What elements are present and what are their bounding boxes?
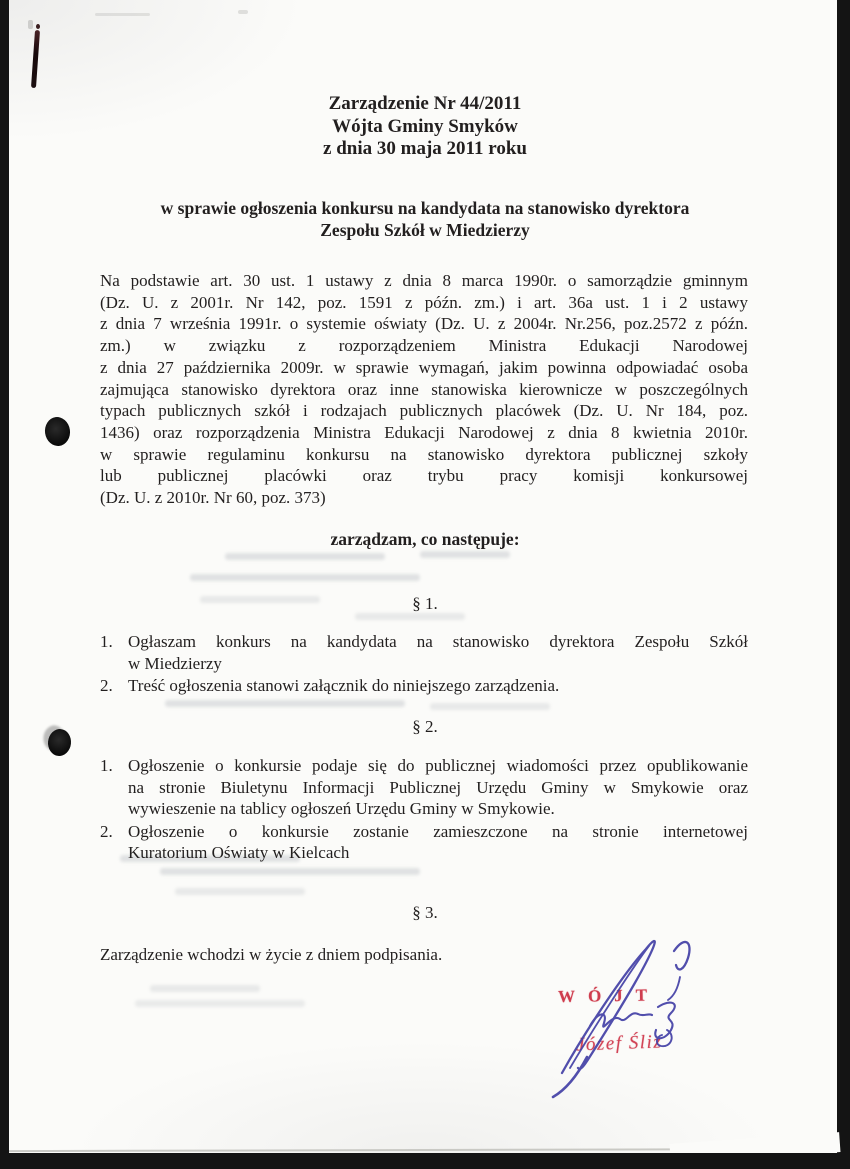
scan-shading bbox=[9, 0, 837, 1153]
decree-phrase: zarządzam, co następuje: bbox=[0, 529, 850, 550]
bleed-through-mark bbox=[135, 1000, 305, 1007]
list-item-line: Kuratorium Oświaty w Kielcach bbox=[128, 842, 748, 864]
subject-line-2: Zespołu Szkół w Miedzierzy bbox=[0, 219, 850, 241]
preamble-line: Na podstawie art. 30 ust. 1 ustawy z dni… bbox=[100, 270, 748, 292]
document-page: Zarządzenie Nr 44/2011 Wójta Gminy Smykó… bbox=[0, 0, 850, 1169]
preamble-line: lub publicznej placówki oraz trybu pracy… bbox=[100, 465, 748, 487]
bleed-through-mark bbox=[430, 703, 550, 710]
list-item-number: 1. bbox=[100, 631, 128, 674]
bleed-through-mark bbox=[165, 700, 405, 707]
section-2-list: 1. Ogłoszenie o konkursie podaje się do … bbox=[100, 755, 748, 865]
title-line-2: Wójta Gminy Smyków bbox=[0, 116, 850, 139]
preamble-line: zajmująca stanowisko dyrektora oraz inne… bbox=[100, 379, 748, 401]
mayor-stamp-title: WÓJT bbox=[558, 985, 688, 1007]
list-item-number: 2. bbox=[100, 675, 128, 697]
list-item-line: Ogłoszenie o konkursie podaje się do pub… bbox=[128, 755, 748, 777]
closing-line: Zarządzenie wchodzi w życie z dniem podp… bbox=[100, 945, 748, 965]
mayor-stamp-name: Józef Śliz bbox=[576, 1030, 717, 1057]
preamble-line: w sprawie regulaminu konkursu na stanowi… bbox=[100, 444, 748, 466]
list-item-line: Ogłoszenie o konkursie zostanie zamieszc… bbox=[128, 821, 748, 843]
scan-speck bbox=[28, 20, 33, 29]
bleed-through-mark bbox=[190, 574, 420, 581]
preamble-line: z dnia 27 października 2009r. w sprawie … bbox=[100, 357, 748, 379]
preamble-line: zm.) w związku z rozporządzeniem Ministr… bbox=[100, 335, 748, 357]
preamble-line: (Dz. U. z 2010r. Nr 60, poz. 373) bbox=[100, 487, 748, 509]
bleed-through-mark bbox=[420, 551, 510, 558]
pen-mark bbox=[31, 30, 40, 88]
section-heading-1: § 1. bbox=[0, 594, 850, 614]
document-subject: w sprawie ogłoszenia konkursu na kandyda… bbox=[0, 197, 850, 241]
scan-edge-bottom bbox=[0, 1153, 850, 1169]
bleed-through-mark bbox=[355, 613, 465, 620]
pen-mark-dot bbox=[36, 24, 40, 29]
title-line-3: z dnia 30 maja 2011 roku bbox=[0, 138, 850, 161]
section-heading-3: § 3. bbox=[0, 903, 850, 923]
scan-speck bbox=[95, 13, 150, 16]
list-item: 1. Ogłoszenie o konkursie podaje się do … bbox=[100, 755, 748, 820]
list-item-number: 2. bbox=[100, 821, 128, 864]
list-item: 2. Treść ogłoszenia stanowi załącznik do… bbox=[100, 675, 748, 697]
list-item: 2. Ogłoszenie o konkursie zostanie zamie… bbox=[100, 821, 748, 864]
legal-preamble: Na podstawie art. 30 ust. 1 ustawy z dni… bbox=[100, 270, 748, 509]
list-item-line: Treść ogłoszenia stanowi załącznik do ni… bbox=[128, 675, 748, 697]
preamble-line: typach publicznych szkół i rodzajach pub… bbox=[100, 400, 748, 422]
preamble-line: (Dz. U. z 2001r. Nr 142, poz. 1591 z póź… bbox=[100, 292, 748, 314]
scan-edge-left bbox=[0, 0, 9, 1169]
list-item-line: wywieszenie na tablicy ogłoszeń Urzędu G… bbox=[128, 798, 748, 820]
section-1-list: 1. Ogłaszam konkurs na kandydata na stan… bbox=[100, 631, 748, 698]
document-title: Zarządzenie Nr 44/2011 Wójta Gminy Smykó… bbox=[0, 93, 850, 161]
bleed-through-mark bbox=[160, 868, 420, 875]
preamble-line: z dnia 7 września 1991r. o systemie oświ… bbox=[100, 313, 748, 335]
list-item-line: Ogłaszam konkurs na kandydata na stanowi… bbox=[128, 631, 748, 653]
bleed-through-mark bbox=[150, 985, 260, 992]
punch-hole-top bbox=[43, 415, 72, 447]
subject-line-1: w sprawie ogłoszenia konkursu na kandyda… bbox=[0, 197, 850, 219]
scan-speck bbox=[238, 10, 248, 14]
scan-edge-right bbox=[837, 0, 850, 1169]
title-line-1: Zarządzenie Nr 44/2011 bbox=[0, 93, 850, 116]
section-heading-2: § 2. bbox=[0, 717, 850, 737]
list-item: 1. Ogłaszam konkurs na kandydata na stan… bbox=[100, 631, 748, 674]
bleed-through-mark bbox=[225, 553, 385, 560]
bleed-through-mark bbox=[175, 888, 305, 895]
list-item-line: w Miedzierzy bbox=[128, 653, 748, 675]
list-item-line: na stronie Biuletynu Informacji Publiczn… bbox=[128, 777, 748, 799]
list-item-number: 1. bbox=[100, 755, 128, 820]
preamble-line: 1436) oraz rozporządzenia Ministra Eduka… bbox=[100, 422, 748, 444]
